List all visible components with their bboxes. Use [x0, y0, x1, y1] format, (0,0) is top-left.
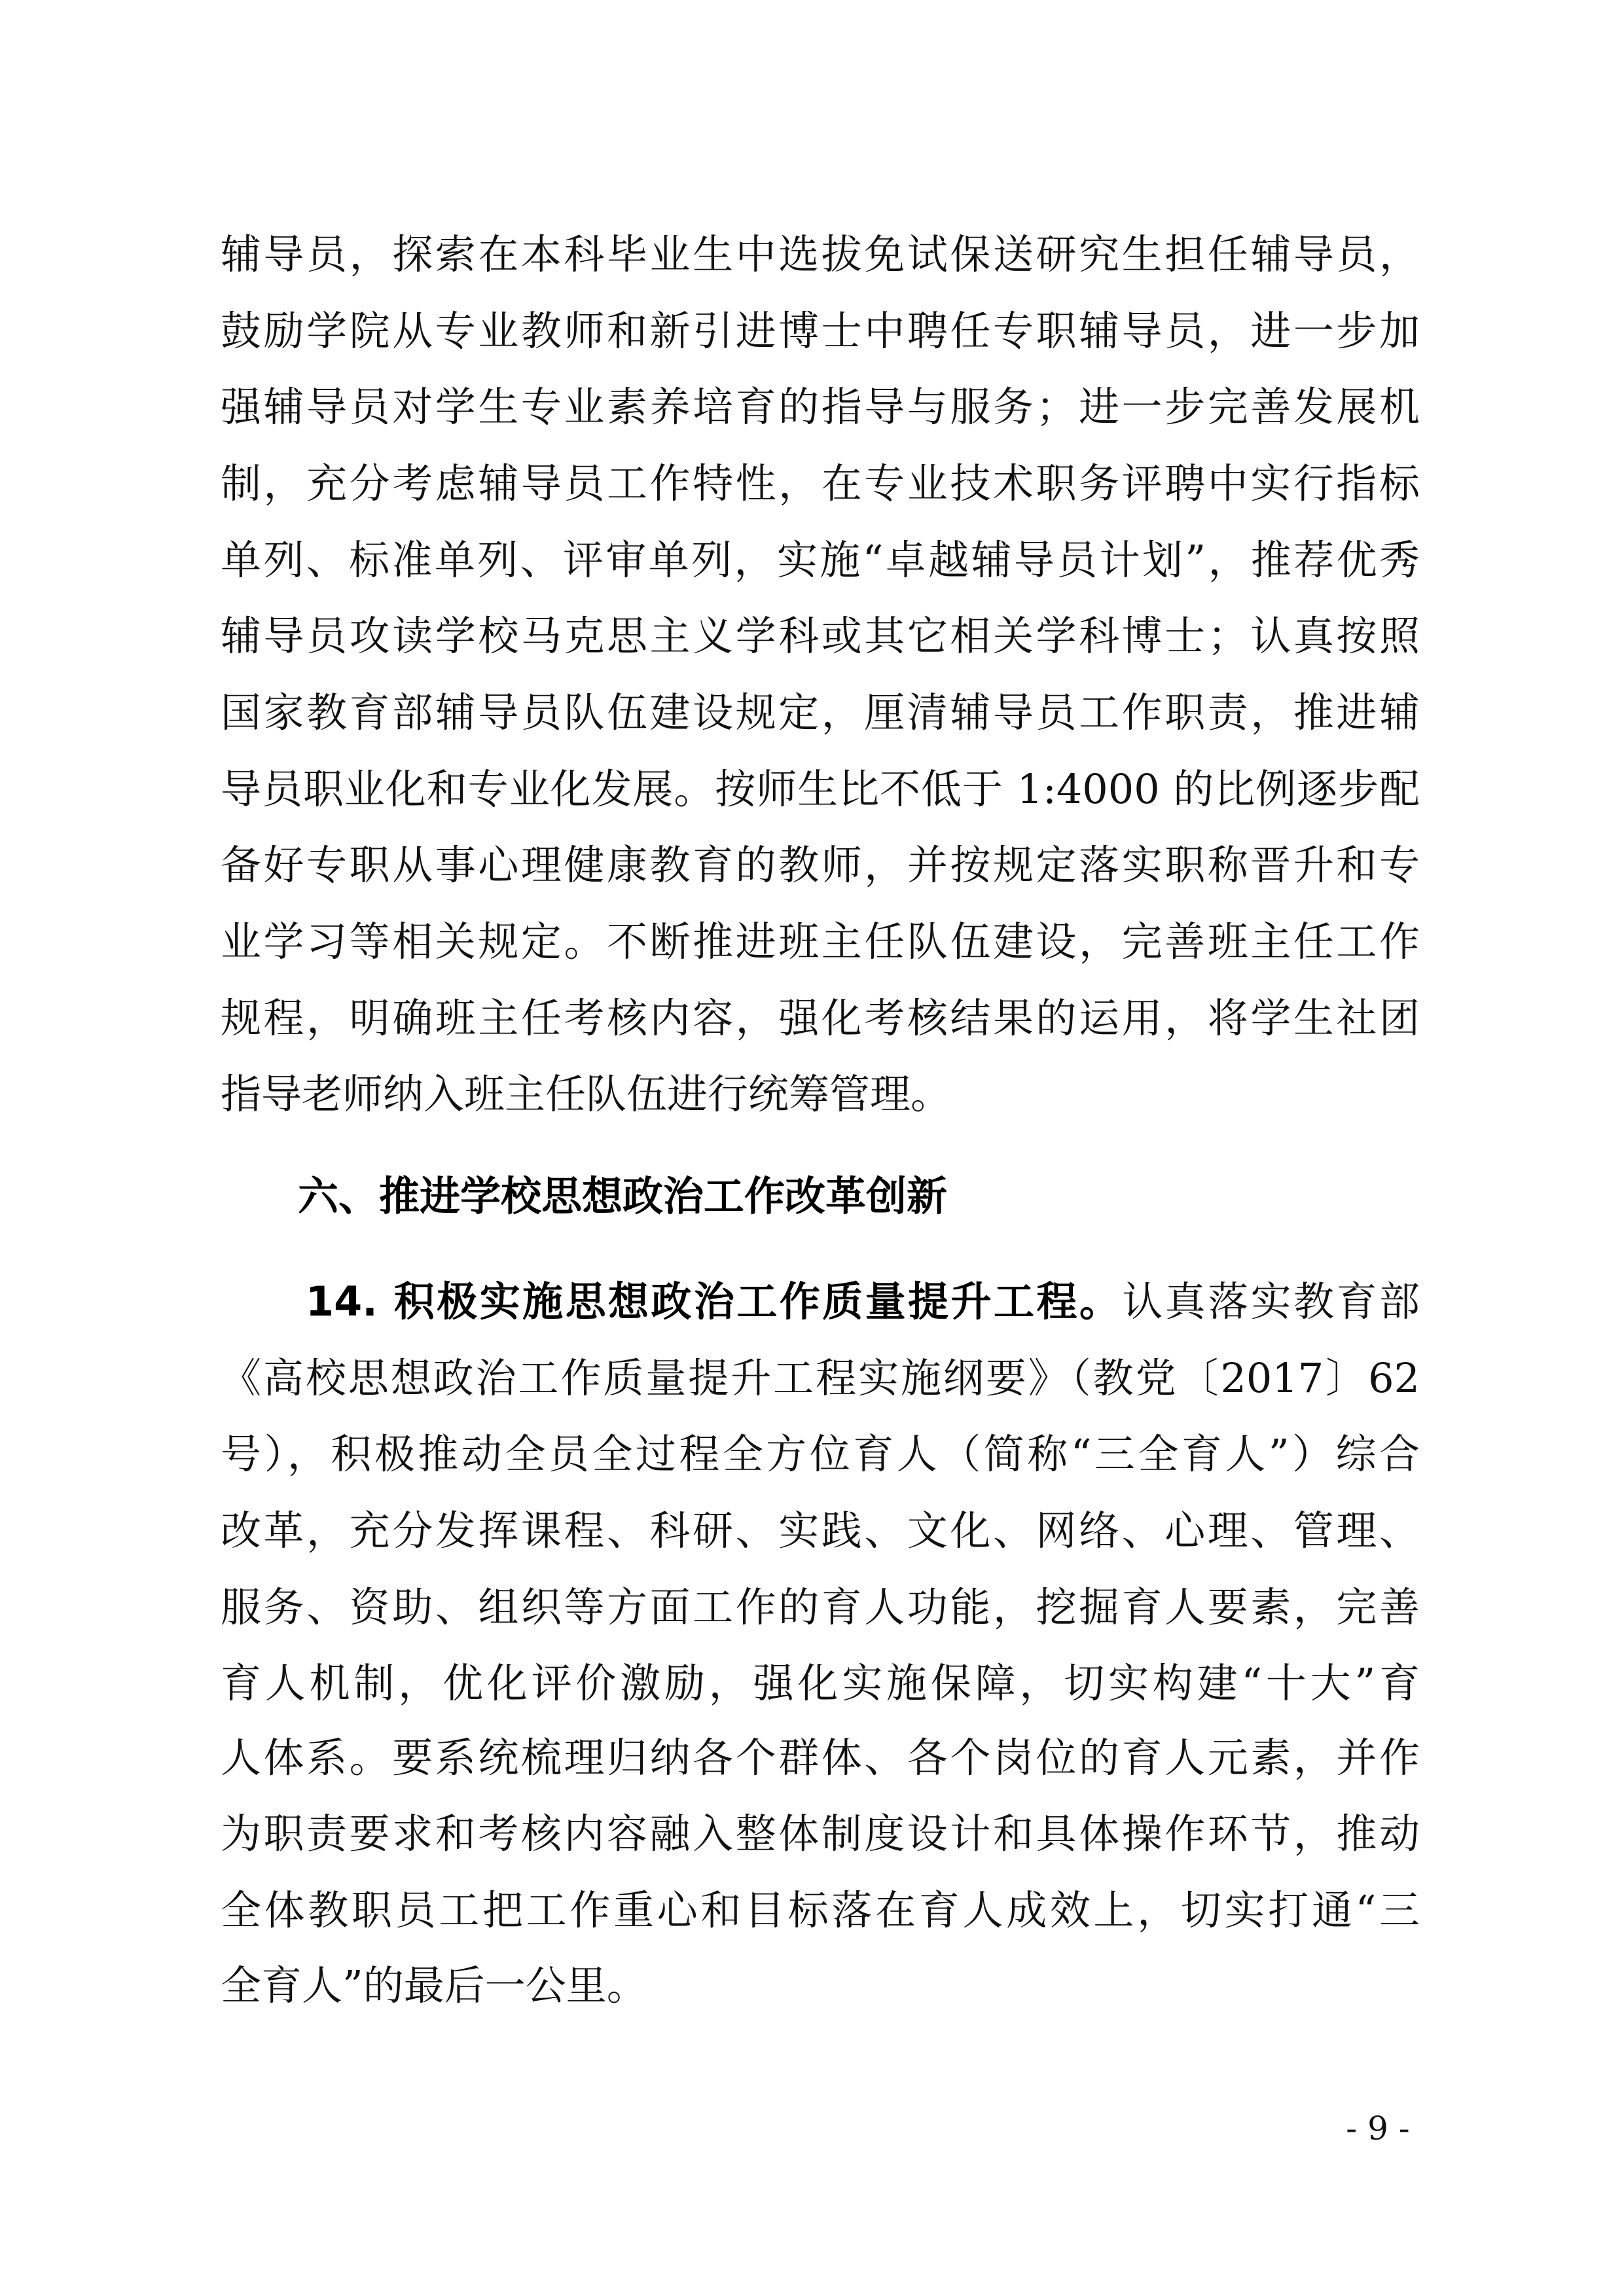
paragraph-line: 人体系。要系统梳理归纳各个群体、各个岗位的育人元素，并作 — [221, 1734, 1420, 1782]
paragraph-line: 号），积极推动全员全过程全方位育人（简称“三全育人”）综合 — [221, 1431, 1420, 1478]
paragraph-line: 规程，明确班主任考核内容，强化考核结果的运用，将学生社团 — [221, 995, 1420, 1042]
paragraph-line: 为职责要求和考核内容融入整体制度设计和具体操作环节，推动 — [221, 1810, 1420, 1857]
paragraph-line: 《高校思想政治工作质量提升工程实施纲要》（教党〔2017〕62 — [221, 1355, 1420, 1402]
paragraph-line: 改革，充分发挥课程、科研、实践、文化、网络、心理、管理、 — [221, 1507, 1420, 1554]
paragraph-line: 服务、资助、组织等方面工作的育人功能，挖掘育人要素，完善 — [221, 1584, 1420, 1631]
paragraph-line: 辅导员攻读学校马克思主义学科或其它相关学科博士；认真按照 — [221, 613, 1420, 660]
paragraph-line: 辅导员，探索在本科毕业生中选拔免试保送研究生担任辅导员， — [221, 231, 1420, 278]
paragraph-line: 导员职业化和专业化发展。按师生比不低于 1:4000 的比例逐步配 — [221, 766, 1420, 813]
item-14-first-line-text: 认真落实教育部 — [1122, 1278, 1420, 1325]
paragraph-line: 全育人”的最后一公里。 — [221, 1962, 1420, 2009]
document-page: 辅导员，探索在本科毕业生中选拔免试保送研究生担任辅导员， 鼓励学院从专业教师和新… — [0, 0, 1624, 2296]
paragraph-line: 全体教职员工把工作重心和目标落在育人成效上，切实打通“三 — [221, 1887, 1420, 1934]
item-14-first-line: 14. 积极实施思想政治工作质量提升工程。认真落实教育部 — [306, 1278, 1420, 1325]
paragraph-line: 强辅导员对学生专业素养培育的指导与服务；进一步完善发展机 — [221, 384, 1420, 431]
paragraph-line: 备好专职从事心理健康教育的教师，并按规定落实职称晋升和专 — [221, 842, 1420, 889]
paragraph-line: 单列、标准单列、评审单列，实施“卓越辅导员计划”，推荐优秀 — [221, 537, 1420, 584]
paragraph-line: 业学习等相关规定。不断推进班主任队伍建设，完善班主任工作 — [221, 918, 1420, 965]
paragraph-line: 育人机制，优化评价激励，强化实施保障，切实构建“十大”育 — [221, 1660, 1420, 1707]
paragraph-line: 国家教育部辅导员队伍建设规定，厘清辅导员工作职责，推进辅 — [221, 689, 1420, 736]
item-14-title: 14. 积极实施思想政治工作质量提升工程。 — [306, 1278, 1122, 1325]
paragraph-line: 制，充分考虑辅导员工作特性，在专业技术职务评聘中实行指标 — [221, 460, 1420, 507]
section-heading: 六、推进学校思想政治工作改革创新 — [298, 1173, 947, 1220]
page-number: - 9 - — [1322, 2109, 1434, 2148]
paragraph-line: 指导老师纳入班主任队伍进行统筹管理。 — [221, 1071, 1420, 1118]
paragraph-line: 鼓励学院从专业教师和新引进博士中聘任专职辅导员，进一步加 — [221, 308, 1420, 355]
